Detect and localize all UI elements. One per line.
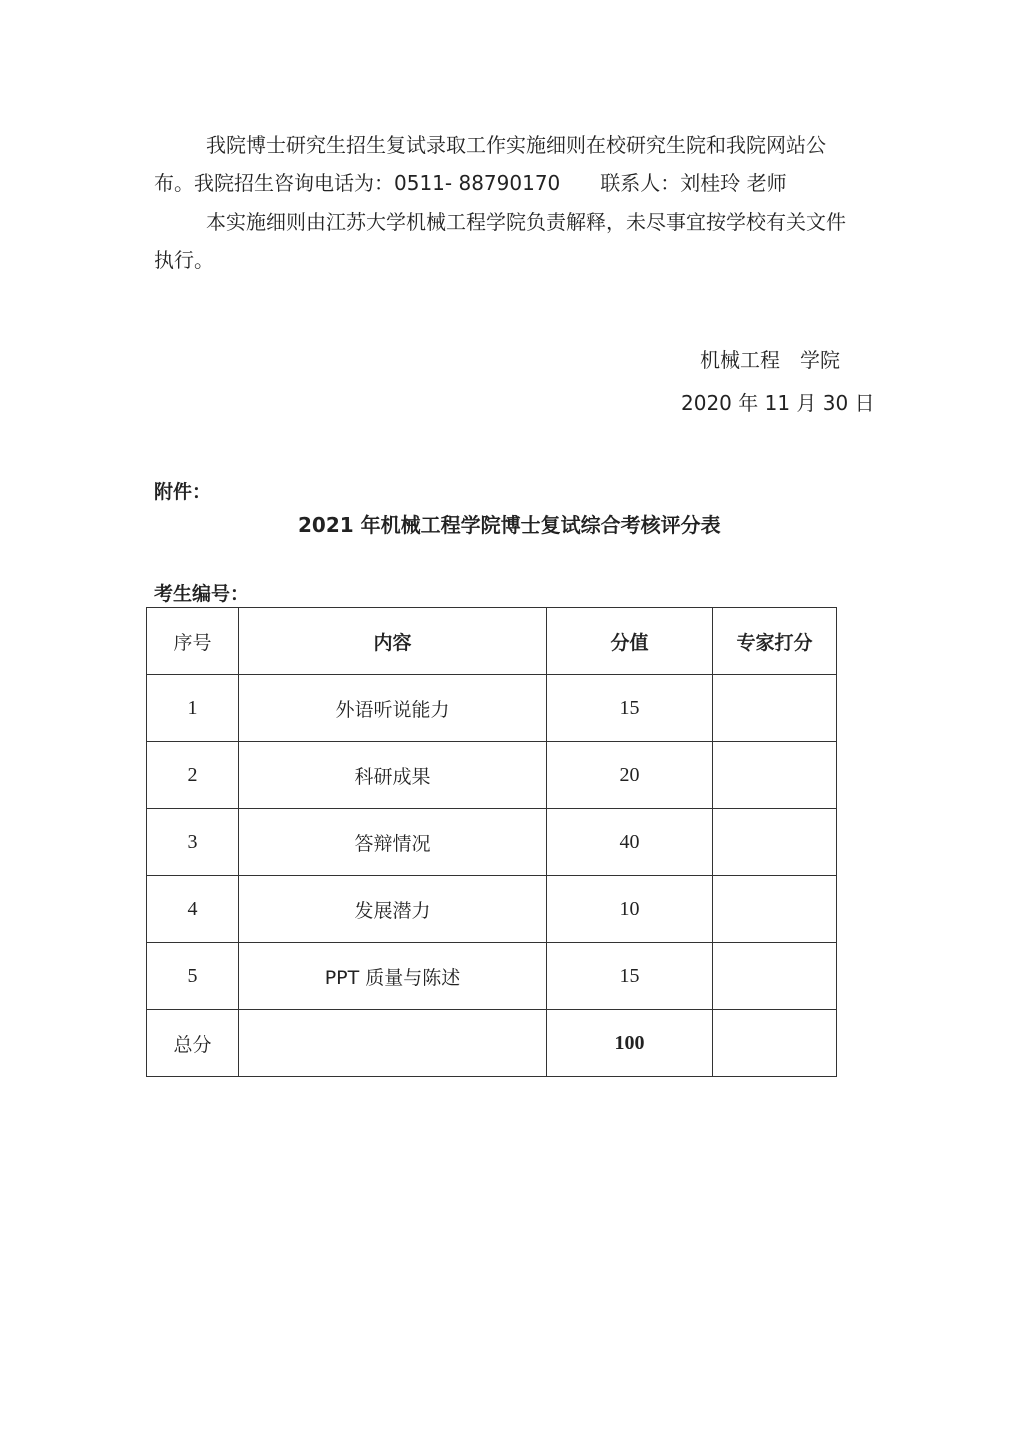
row-content: PPT 质量与陈述	[239, 943, 547, 1010]
row-content: 发展潜力	[239, 876, 547, 943]
paragraph-1-line-1: 我院博士研究生招生复试录取工作实施细则在校研究生院和我院网站公	[206, 131, 826, 159]
row-no: 4	[147, 876, 239, 943]
paragraph-2-line-1: 本实施细则由江苏大学机械工程学院负责解释，未尽事宜按学校有关文件	[206, 208, 846, 236]
row-expert-score[interactable]	[713, 876, 837, 943]
row-score: 40	[547, 809, 713, 876]
total-content	[239, 1010, 547, 1077]
table-total-row: 总分 100	[147, 1010, 837, 1077]
attachment-label: 附件：	[154, 478, 211, 506]
table-row: 3 答辩情况 40	[147, 809, 837, 876]
form-title: 2021 年机械工程学院博士复试综合考核评分表	[298, 511, 721, 539]
row-no: 5	[147, 943, 239, 1010]
total-score: 100	[547, 1010, 713, 1077]
row-score: 15	[547, 675, 713, 742]
row-score: 15	[547, 943, 713, 1010]
row-content: 答辩情况	[239, 809, 547, 876]
row-score: 20	[547, 742, 713, 809]
header-no: 序号	[147, 608, 239, 675]
header-expert: 专家打分	[713, 608, 837, 675]
total-label: 总分	[147, 1010, 239, 1077]
table-row: 1 外语听说能力 15	[147, 675, 837, 742]
row-expert-score[interactable]	[713, 742, 837, 809]
table-row: 5 PPT 质量与陈述 15	[147, 943, 837, 1010]
total-expert-score[interactable]	[713, 1010, 837, 1077]
score-table: 序号 内容 分值 专家打分 1 外语听说能力 15 2 科研成果 20 3 答辩…	[146, 607, 837, 1077]
row-no: 3	[147, 809, 239, 876]
signature-org: 机械工程 学院	[700, 346, 840, 374]
table-row: 2 科研成果 20	[147, 742, 837, 809]
table-row: 4 发展潜力 10	[147, 876, 837, 943]
row-content: 科研成果	[239, 742, 547, 809]
row-expert-score[interactable]	[713, 809, 837, 876]
signature-date: 2020 年 11 月 30 日	[681, 389, 875, 417]
header-content: 内容	[239, 608, 547, 675]
row-expert-score[interactable]	[713, 675, 837, 742]
row-no: 2	[147, 742, 239, 809]
table-header-row: 序号 内容 分值 专家打分	[147, 608, 837, 675]
row-content: 外语听说能力	[239, 675, 547, 742]
paragraph-2-line-2: 执行。	[154, 246, 214, 274]
paragraph-1-line-2: 布。我院招生咨询电话为：0511- 88790170 联系人：刘桂玲 老师	[154, 169, 787, 197]
row-no: 1	[147, 675, 239, 742]
candidate-number-label: 考生编号：	[154, 580, 249, 608]
row-expert-score[interactable]	[713, 943, 837, 1010]
header-score: 分值	[547, 608, 713, 675]
row-score: 10	[547, 876, 713, 943]
